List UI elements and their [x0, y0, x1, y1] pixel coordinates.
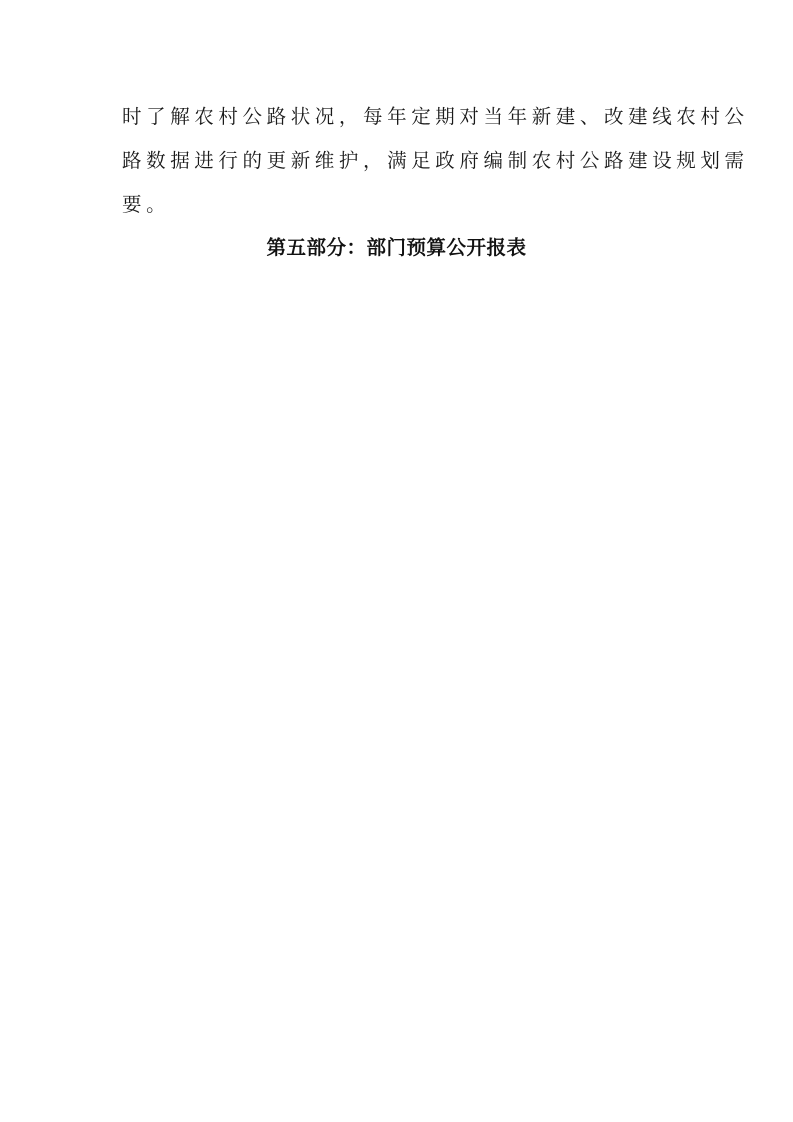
document-page: 时了解农村公路状况，每年定期对当年新建、改建线农村公 路数据进行的更新维护，满足…: [0, 0, 793, 1122]
paragraph-line-2: 路数据进行的更新维护，满足政府编制农村公路建设规划需: [122, 149, 749, 173]
section-heading: 第五部分：部门预算公开报表: [0, 235, 793, 261]
paragraph-line-1: 时了解农村公路状况，每年定期对当年新建、改建线农村公: [122, 105, 749, 129]
paragraph-line-3: 要。: [122, 193, 170, 217]
